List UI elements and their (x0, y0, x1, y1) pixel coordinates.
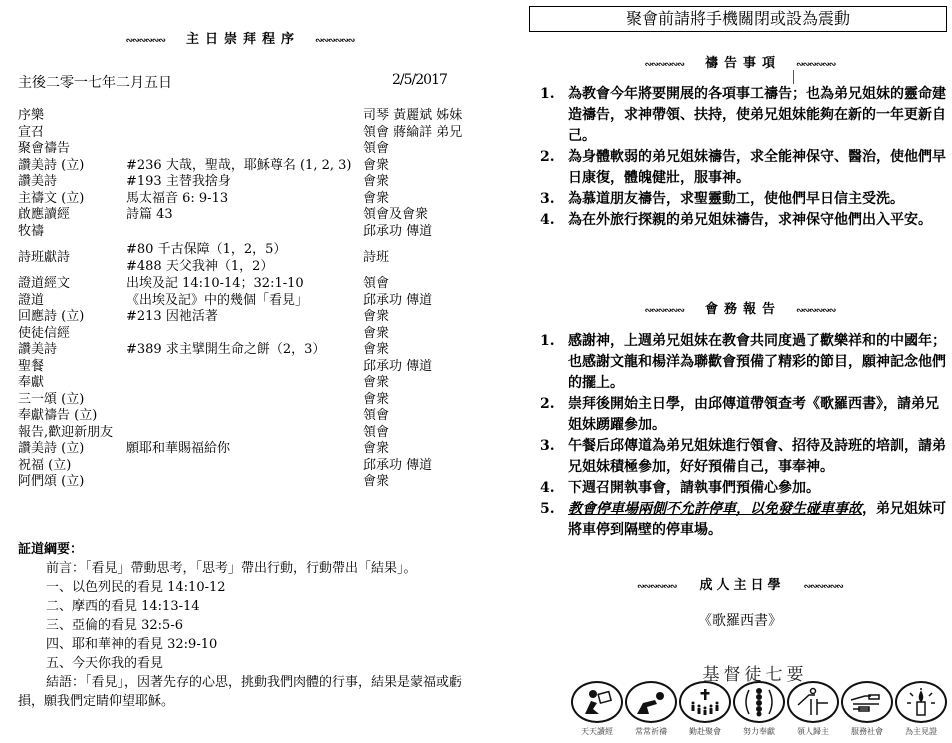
ornament-right: ∾∾∾∾∾∾ (796, 60, 835, 70)
item-number: 3. (540, 189, 568, 210)
item-text: 教會停車場兩側不允許停車，以免發生碰車事故，弟兄姐妹可將車停到隔壁的停車場。 (568, 499, 948, 541)
order-row: 牧禱邱承功 傳道 (18, 224, 478, 241)
order-row: 報告,歡迎新朋友領會 (18, 425, 478, 442)
order-content: 詩篇 43 (126, 207, 363, 224)
order-item: 讚美詩 (18, 174, 126, 191)
order-item: 聚會禱告 (18, 141, 126, 158)
sunday-school-book: 《歌羅西書》 (560, 610, 920, 630)
sunday-school-title: 成人主日學 (699, 578, 784, 593)
order-content: 馬太福音 6: 9-13 (126, 191, 363, 208)
phone-notice-box: 聚會前請將手機關閉或設為震動 (529, 6, 947, 32)
item-emphasis: 教會停車場兩側不允許停車，以免發生碰車事故 (568, 501, 862, 517)
essential-item: 天天讀經 (570, 681, 624, 743)
item-number: 5. (540, 499, 568, 541)
essential-item: 努力奉獻 (732, 681, 786, 743)
ornament-right: ∾∾∾∾∾∾ (315, 36, 354, 46)
order-content: #236 大哉，聖哉，耶穌尊名 (1, 2, 3) (126, 158, 363, 175)
order-leader: 會衆 (363, 309, 478, 326)
outline-point: 四、耶和華神的看見 32:9-10 (18, 635, 478, 654)
order-item: 啟應讀經 (18, 207, 126, 224)
announcements-list: 1.感謝神，上週弟兄姐妹在教會共同度過了歡樂祥和的中國年；也感謝文龍和楊洋為聯歡… (540, 331, 948, 541)
item-number: 1. (540, 331, 568, 394)
order-leader: 會衆 (363, 342, 478, 359)
order-content-line: #488 天父我神（1，2） (126, 258, 363, 275)
candle-icon (895, 681, 947, 723)
worship-order-table: 序樂司琴 黃麗斌 姊妹宣召領會 蔣綸詳 弟兄聚會禱告領會讚美詩 (立)#236 … (18, 108, 478, 491)
outline-point: 三、亞倫的看見 32:5-6 (18, 616, 478, 635)
order-item: 證道經文 (18, 276, 126, 293)
order-leader: 領會 (363, 425, 478, 442)
announcements-title: 會務報告 (705, 302, 781, 317)
order-leader: 會衆 (363, 326, 478, 343)
outline-conclusion: 結語：「看見」，因著先存的心思，挑動我們肉體的行事，結果是蒙福或虧損，願我們定睛… (18, 673, 478, 711)
order-row: 聖餐邱承功 傳道 (18, 359, 478, 376)
reading-bible-icon (571, 681, 623, 723)
order-item: 祝福 (立) (18, 458, 126, 475)
order-row: 詩班獻詩#80 千古保障（1，2，5）#488 天父我神（1，2）詩班 (18, 240, 478, 276)
order-leader: 邱承功 傳道 (363, 293, 478, 310)
order-item: 報告,歡迎新朋友 (18, 425, 126, 442)
list-item: 4.下週召開執事會，請執事們預備心參加。 (540, 478, 948, 499)
date-numeric: 2/5/2017 (392, 72, 447, 88)
list-item: 1.為教會今年將要開展的各項事工禱告；也為弟兄姐妹的靈命建造禱告，求神帶領、扶持… (540, 84, 948, 147)
essential-label: 為主見證 (905, 726, 937, 737)
order-leader: 領會及會衆 (363, 207, 478, 224)
order-leader: 邱承功 傳道 (363, 458, 478, 475)
worship-order-heading: ∾∾∾∾∾∾ 主日崇拜程序 ∾∾∾∾∾∾ (100, 28, 380, 47)
essential-label: 努力奉獻 (743, 726, 775, 737)
order-leader: 詩班 (363, 250, 478, 267)
order-leader: 邱承功 傳道 (363, 224, 478, 241)
order-content: #213 因祂活著 (126, 309, 363, 326)
order-row: 讚美詩#193 主替我捨身會衆 (18, 174, 478, 191)
prayer-heading: ∾∾∾∾∾∾ 禱告事項 ∾∾∾∾∾∾ (560, 52, 920, 71)
essential-label: 領人歸主 (797, 726, 829, 737)
item-number: 1. (540, 84, 568, 147)
praying-icon (625, 681, 677, 723)
order-item: 序樂 (18, 108, 126, 125)
list-item: 3.午餐后邱傳道為弟兄姐妹進行領會、招待及詩班的培訓，請弟兄姐妹積極參加，好好預… (540, 436, 948, 478)
item-number: 3. (540, 436, 568, 478)
order-item: 詩班獻詩 (18, 250, 126, 267)
order-row: 讚美詩 (立)#236 大哉，聖哉，耶穌尊名 (1, 2, 3)會衆 (18, 158, 478, 175)
order-leader: 司琴 黃麗斌 姊妹 (363, 108, 478, 125)
ornament-left: ∾∾∾∾∾∾ (126, 36, 165, 46)
order-item: 證道 (18, 293, 126, 310)
order-content: 《出埃及記》中的幾個「看見」 (126, 293, 363, 310)
order-row: 回應詩 (立)#213 因祂活著會衆 (18, 309, 478, 326)
order-content: #80 千古保障（1，2，5）#488 天父我神（1，2） (126, 241, 363, 275)
ornament-right: ∾∾∾∾∾∾ (804, 582, 843, 592)
list-item: 1.感謝神，上週弟兄姐妹在教會共同度過了歡樂祥和的中國年；也感謝文龍和楊洋為聯歡… (540, 331, 948, 394)
order-row: 奉獻會衆 (18, 375, 478, 392)
order-item: 三一頌 (立) (18, 392, 126, 409)
list-item: 2.為身體軟弱的弟兄姐妹禱告，求全能神保守、醫治，使他們早日康復，體魄健壯，服事… (540, 147, 948, 189)
outline-point: 二、摩西的看見 14:13-14 (18, 597, 478, 616)
order-leader: 領會 (363, 141, 478, 158)
outline-intro: 前言：「看見」帶動思考，「思考」帶出行動，行動帶出「結果」。 (18, 559, 478, 578)
gathering-icon (679, 681, 731, 723)
order-item: 主禱文 (立) (18, 191, 126, 208)
list-item: 5.教會停車場兩側不允許停車，以免發生碰車事故，弟兄姐妹可將車停到隔壁的停車場。 (540, 499, 948, 541)
date-chinese: 主後二零一七年二月五日 (18, 72, 172, 92)
order-item: 讚美詩 (18, 342, 126, 359)
order-item: 牧禱 (18, 224, 126, 241)
order-item: 回應詩 (立) (18, 309, 126, 326)
outline-heading: 証道綱要： (18, 540, 478, 559)
order-row: 主禱文 (立)馬太福音 6: 9-13會衆 (18, 191, 478, 208)
sermon-outline: 証道綱要： 前言：「看見」帶動思考，「思考」帶出行動，行動帶出「結果」。 一、以… (18, 540, 478, 711)
ornament-left: ∾∾∾∾∾∾ (645, 60, 684, 70)
prayer-title: 禱告事項 (705, 56, 781, 71)
essential-label: 常常祈禱 (635, 726, 667, 737)
outline-point: 五、今天你我的看見 (18, 654, 478, 673)
essential-label: 天天讀經 (581, 726, 613, 737)
prayer-list: 1.為教會今年將要開展的各項事工禱告；也為弟兄姐妹的靈命建造禱告，求神帶領、扶持… (540, 84, 948, 231)
seven-essentials-graphic: 天天讀經常常祈禱勤赴聚會努力奉獻領人歸主服務社會為主見證 (570, 681, 950, 743)
item-text: 下週召開執事會，請執事們預備心參加。 (568, 478, 948, 499)
order-row: 聚會禱告領會 (18, 141, 478, 158)
order-leader: 會衆 (363, 392, 478, 409)
item-number: 2. (540, 394, 568, 436)
order-row: 阿們頌 (立)會衆 (18, 474, 478, 491)
order-content: 願耶和華賜福給你 (126, 441, 363, 458)
item-text: 為慕道朋友禱告，求聖靈動工，使他們早日信主受洗。 (568, 189, 948, 210)
item-text: 為身體軟弱的弟兄姐妹禱告，求全能神保守、醫治，使他們早日康復，體魄健壯，服事神。 (568, 147, 948, 189)
order-row: 祝福 (立)邱承功 傳道 (18, 458, 478, 475)
item-text: 為在外旅行探親的弟兄姐妹禱告，求神保守他們出入平安。 (568, 210, 948, 231)
order-leader: 領會 蔣綸詳 弟兄 (363, 125, 478, 142)
order-row: 序樂司琴 黃麗斌 姊妹 (18, 108, 478, 125)
list-item: 4.為在外旅行探親的弟兄姐妹禱告，求神保守他們出入平安。 (540, 210, 948, 231)
order-leader: 領會 (363, 276, 478, 293)
order-row: 宣召領會 蔣綸詳 弟兄 (18, 125, 478, 142)
essential-item: 為主見證 (894, 681, 948, 743)
essential-item: 勤赴聚會 (678, 681, 732, 743)
item-text: 午餐后邱傳道為弟兄姐妹進行領會、招待及詩班的培訓，請弟兄姐妹積極參加，好好預備自… (568, 436, 948, 478)
order-leader: 領會 (363, 408, 478, 425)
order-leader: 會衆 (363, 174, 478, 191)
outline-point: 一、以色列民的看見 14:10-12 (18, 578, 478, 597)
order-row: 讚美詩#389 求主擘開生命之餅（2，3）會衆 (18, 342, 478, 359)
serving-icon (841, 681, 893, 723)
order-item: 宣召 (18, 125, 126, 142)
order-row: 讚美詩 (立)願耶和華賜福給你會衆 (18, 441, 478, 458)
order-row: 啟應讀經詩篇 43領會及會衆 (18, 207, 478, 224)
order-row: 奉獻禱告 (立)領會 (18, 408, 478, 425)
item-number: 2. (540, 147, 568, 189)
essential-item: 服務社會 (840, 681, 894, 743)
ornament-right: ∾∾∾∾∾∾ (796, 306, 835, 316)
order-item: 奉獻 (18, 375, 126, 392)
order-content: #389 求主擘開生命之餅（2，3） (126, 342, 363, 359)
order-item: 阿們頌 (立) (18, 474, 126, 491)
order-content: 出埃及記 14:10-14；32:1-10 (126, 276, 363, 293)
essential-item: 領人歸主 (786, 681, 840, 743)
announcements-heading: ∾∾∾∾∾∾ 會務報告 ∾∾∾∾∾∾ (560, 298, 920, 317)
list-item: 3.為慕道朋友禱告，求聖靈動工，使他們早日信主受洗。 (540, 189, 948, 210)
item-number: 4. (540, 210, 568, 231)
ornament-left: ∾∾∾∾∾∾ (645, 306, 684, 316)
order-item: 讚美詩 (立) (18, 158, 126, 175)
order-row: 三一頌 (立)會衆 (18, 392, 478, 409)
divider-tick (793, 70, 794, 84)
order-item: 奉獻禱告 (立) (18, 408, 126, 425)
essential-item: 常常祈禱 (624, 681, 678, 743)
ornament-left: ∾∾∾∾∾∾ (637, 582, 676, 592)
order-item: 使徒信經 (18, 326, 126, 343)
list-item: 2.崇拜後開始主日學，由邱傳道帶領查考《歌羅西書》，請弟兄姐妹踴躍參加。 (540, 394, 948, 436)
order-leader: 會衆 (363, 474, 478, 491)
item-text: 崇拜後開始主日學，由邱傳道帶領查考《歌羅西書》，請弟兄姐妹踴躍參加。 (568, 394, 948, 436)
worship-order-title: 主日崇拜程序 (186, 32, 300, 47)
order-leader: 會衆 (363, 191, 478, 208)
order-row: 證道經文出埃及記 14:10-14；32:1-10領會 (18, 276, 478, 293)
evangelism-icon (787, 681, 839, 723)
offering-icon (733, 681, 785, 723)
order-content-line: #80 千古保障（1，2，5） (126, 241, 363, 258)
order-content: #193 主替我捨身 (126, 174, 363, 191)
order-row: 使徒信經會衆 (18, 326, 478, 343)
item-text: 為教會今年將要開展的各項事工禱告；也為弟兄姐妹的靈命建造禱告，求神帶領、扶持，使… (568, 84, 948, 147)
order-row: 證道《出埃及記》中的幾個「看見」邱承功 傳道 (18, 293, 478, 310)
item-text: 感謝神，上週弟兄姐妹在教會共同度過了歡樂祥和的中國年；也感謝文龍和楊洋為聯歡會預… (568, 331, 948, 394)
sunday-school-heading: ∾∾∾∾∾∾ 成人主日學 ∾∾∾∾∾∾ (560, 574, 920, 593)
order-item: 聖餐 (18, 359, 126, 376)
essential-label: 勤赴聚會 (689, 726, 721, 737)
order-leader: 邱承功 傳道 (363, 359, 478, 376)
essential-label: 服務社會 (851, 726, 883, 737)
order-leader: 會衆 (363, 158, 478, 175)
order-leader: 會衆 (363, 441, 478, 458)
order-leader: 會衆 (363, 375, 478, 392)
order-item: 讚美詩 (立) (18, 441, 126, 458)
item-number: 4. (540, 478, 568, 499)
